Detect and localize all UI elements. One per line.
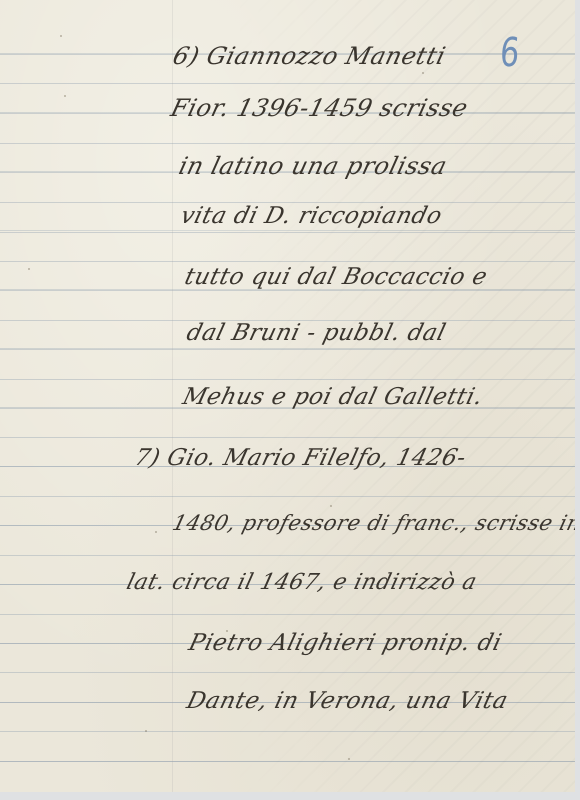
manuscript-line-5: tutto qui dal Boccaccio e — [182, 264, 490, 290]
manuscript-line-11: Pietro Alighieri pronip. di — [186, 630, 504, 656]
manuscript-line-10: lat. circa il 1467, e indirizzò a — [124, 570, 479, 595]
manuscript-line-2: Fior. 1396-1459 scrisse — [168, 94, 471, 122]
manuscript-line-6: dal Bruni - pubbl. dal — [184, 320, 449, 346]
manuscript-line-4: vita di D. riccopiando — [178, 203, 445, 229]
manuscript-line-3: in latino una prolissa — [176, 152, 450, 180]
manuscript-line-8: 7) Gio. Mario Filelfo, 1426- — [132, 445, 469, 471]
manuscript-line-9: 1480, professore di franc., scrisse in — [170, 511, 575, 535]
folio-number: 6 — [498, 30, 521, 76]
manuscript-line-12: Dante, in Verona, una Vita — [184, 688, 511, 714]
manuscript-line-7: Mehus e poi dal Galletti. — [180, 384, 486, 410]
manuscript-line-1: 6) Giannozzo Manetti — [170, 42, 449, 70]
manuscript-page: 6 6) Giannozzo Manetti Fior. 1396-1459 s… — [0, 0, 575, 792]
